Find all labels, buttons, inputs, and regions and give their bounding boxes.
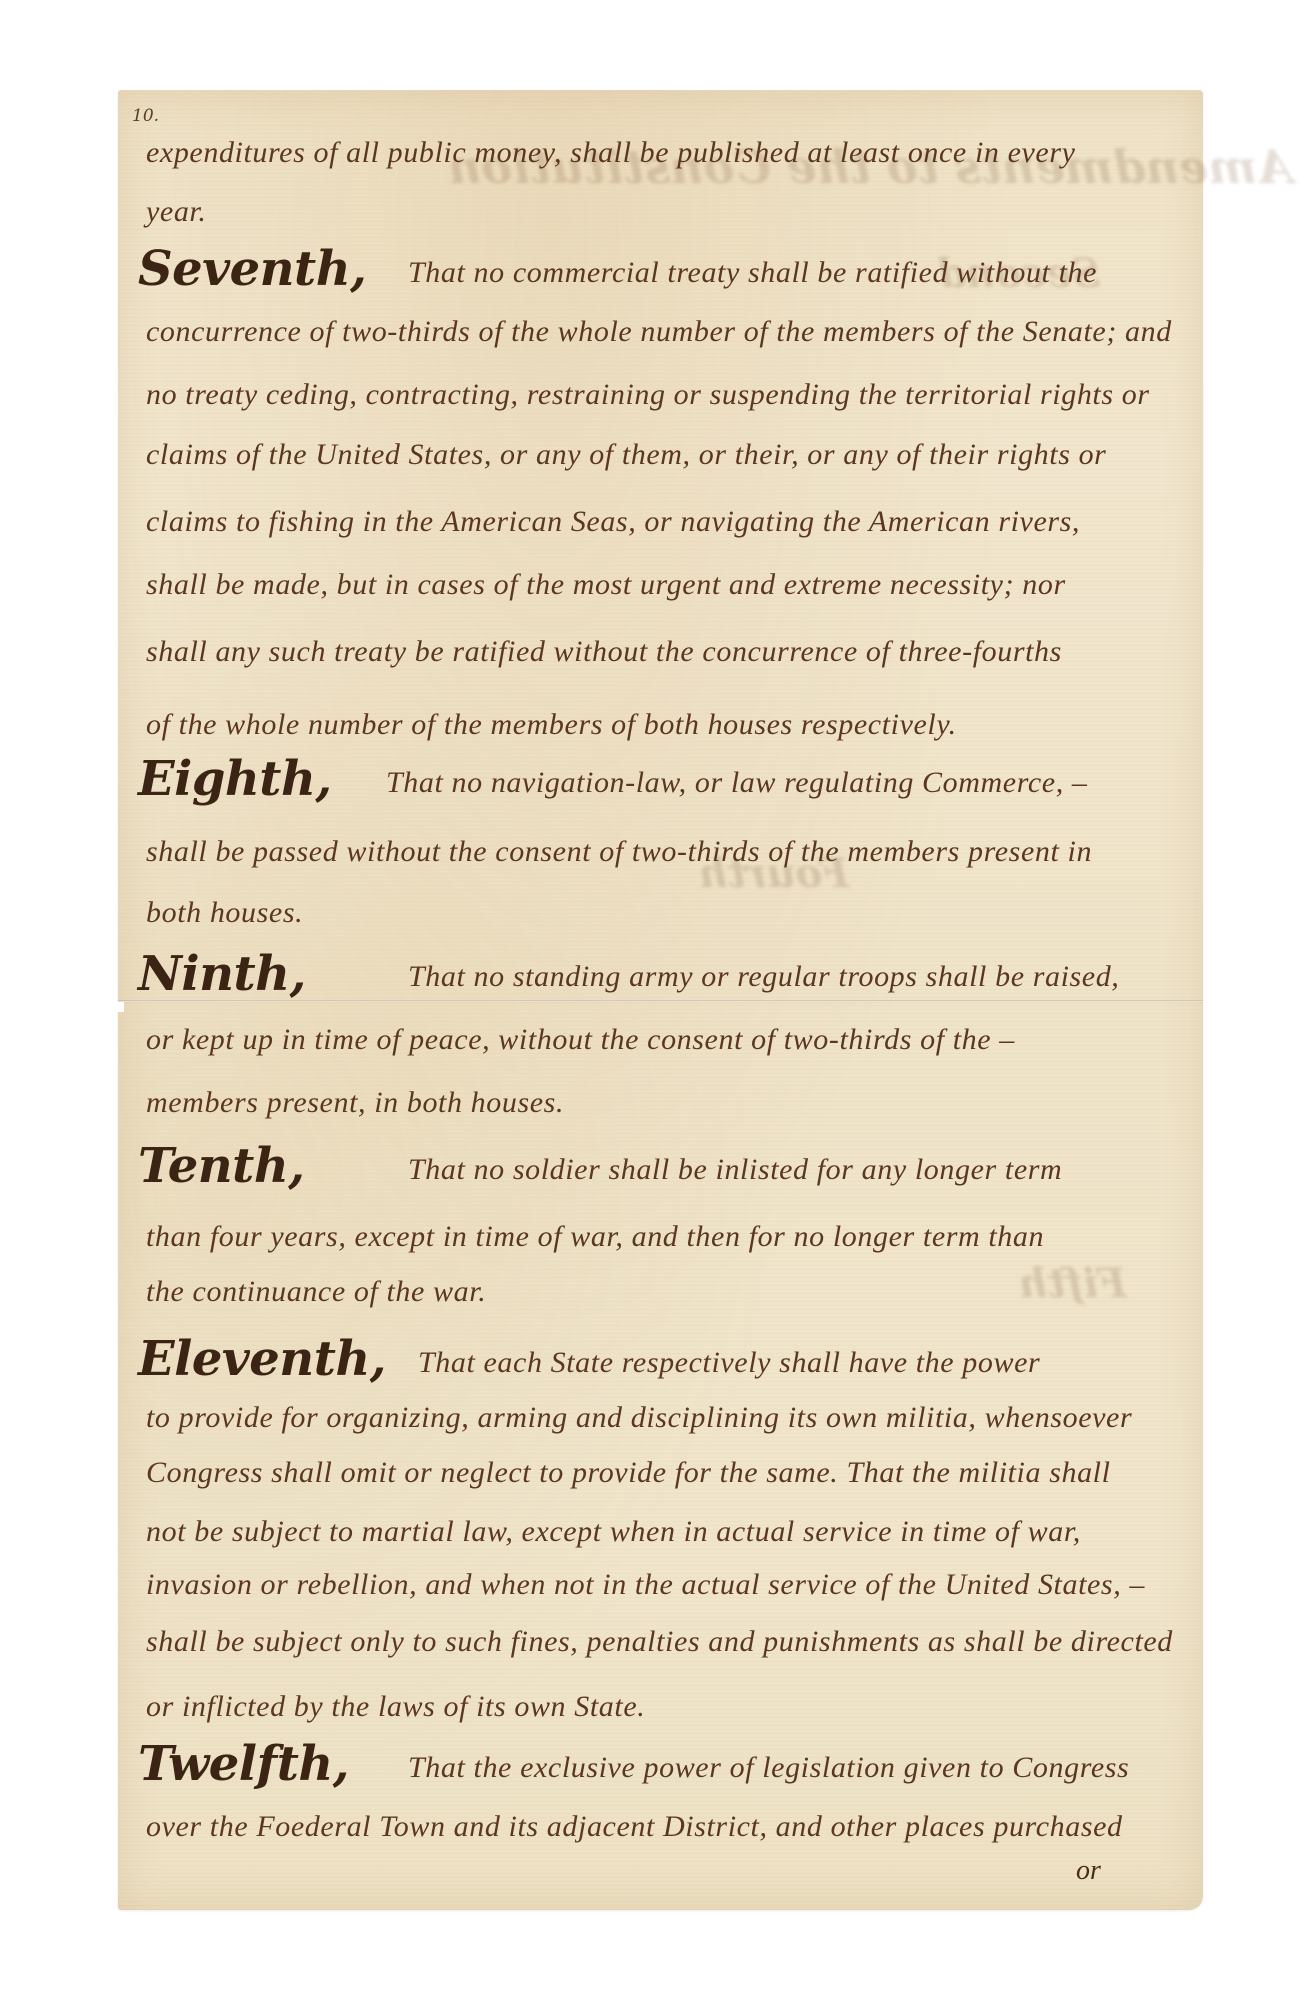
article-heading-seventh: Seventh, — [138, 245, 366, 293]
text-line: both houses. — [146, 898, 303, 928]
text-line: shall be made, but in cases of the most … — [146, 570, 1066, 600]
text-line: members present, in both houses. — [146, 1088, 564, 1118]
text-line: claims to fishing in the American Seas, … — [146, 507, 1080, 537]
text-line: the continuance of the war. — [146, 1277, 486, 1307]
text-line: Congress shall omit or neglect to provid… — [146, 1458, 1111, 1488]
text-line: or inflicted by the laws of its own Stat… — [146, 1692, 645, 1722]
text-line: to provide for organizing, arming and di… — [146, 1403, 1132, 1433]
article-heading-ninth: Ninth, — [138, 950, 306, 998]
article-first-line: That the exclusive power of legislation … — [408, 1753, 1129, 1783]
text-line: expenditures of all public money, shall … — [146, 138, 1076, 168]
article-heading-twelfth: Twelfth, — [138, 1740, 349, 1788]
text-line: no treaty ceding, contracting, restraini… — [146, 380, 1150, 410]
text-line: not be subject to martial law, except wh… — [146, 1517, 1081, 1547]
text-line: than four years, except in time of war, … — [146, 1222, 1044, 1252]
article-heading-tenth: Tenth, — [138, 1142, 304, 1190]
article-heading-eleventh: Eleventh, — [138, 1335, 386, 1383]
text-line: shall be subject only to such fines, pen… — [146, 1627, 1173, 1657]
text-line: concurrence of two-thirds of the whole n… — [146, 317, 1172, 347]
text-line: shall any such treaty be ratified withou… — [146, 637, 1062, 667]
fold-tear — [112, 1002, 124, 1012]
article-first-line: That no standing army or regular troops … — [408, 962, 1119, 992]
page-number: 10. — [132, 106, 159, 126]
article-first-line: That no commercial treaty shall be ratif… — [408, 258, 1097, 288]
article-first-line: That no navigation-law, or law regulatin… — [386, 768, 1088, 798]
article-first-line: That each State respectively shall have … — [418, 1348, 1040, 1378]
text-line: invasion or rebellion, and when not in t… — [146, 1570, 1145, 1600]
text-line: of the whole number of the members of bo… — [146, 710, 957, 740]
article-heading-eighth: Eighth, — [138, 755, 332, 803]
article-first-line: That no soldier shall be inlisted for an… — [408, 1155, 1062, 1185]
text-line: shall be passed without the consent of t… — [146, 837, 1092, 867]
text-line: or kept up in time of peace, without the… — [146, 1025, 1015, 1055]
manuscript-page: Amendments to the Constitution Second Fo… — [118, 90, 1203, 1910]
ink-bleed-through: Fifth — [1018, 1260, 1126, 1307]
text-line: year. — [146, 197, 206, 227]
text-line: over the Foederal Town and its adjacent … — [146, 1812, 1123, 1842]
text-line: claims of the United States, or any of t… — [146, 440, 1106, 470]
catchword: or — [1076, 1855, 1101, 1887]
